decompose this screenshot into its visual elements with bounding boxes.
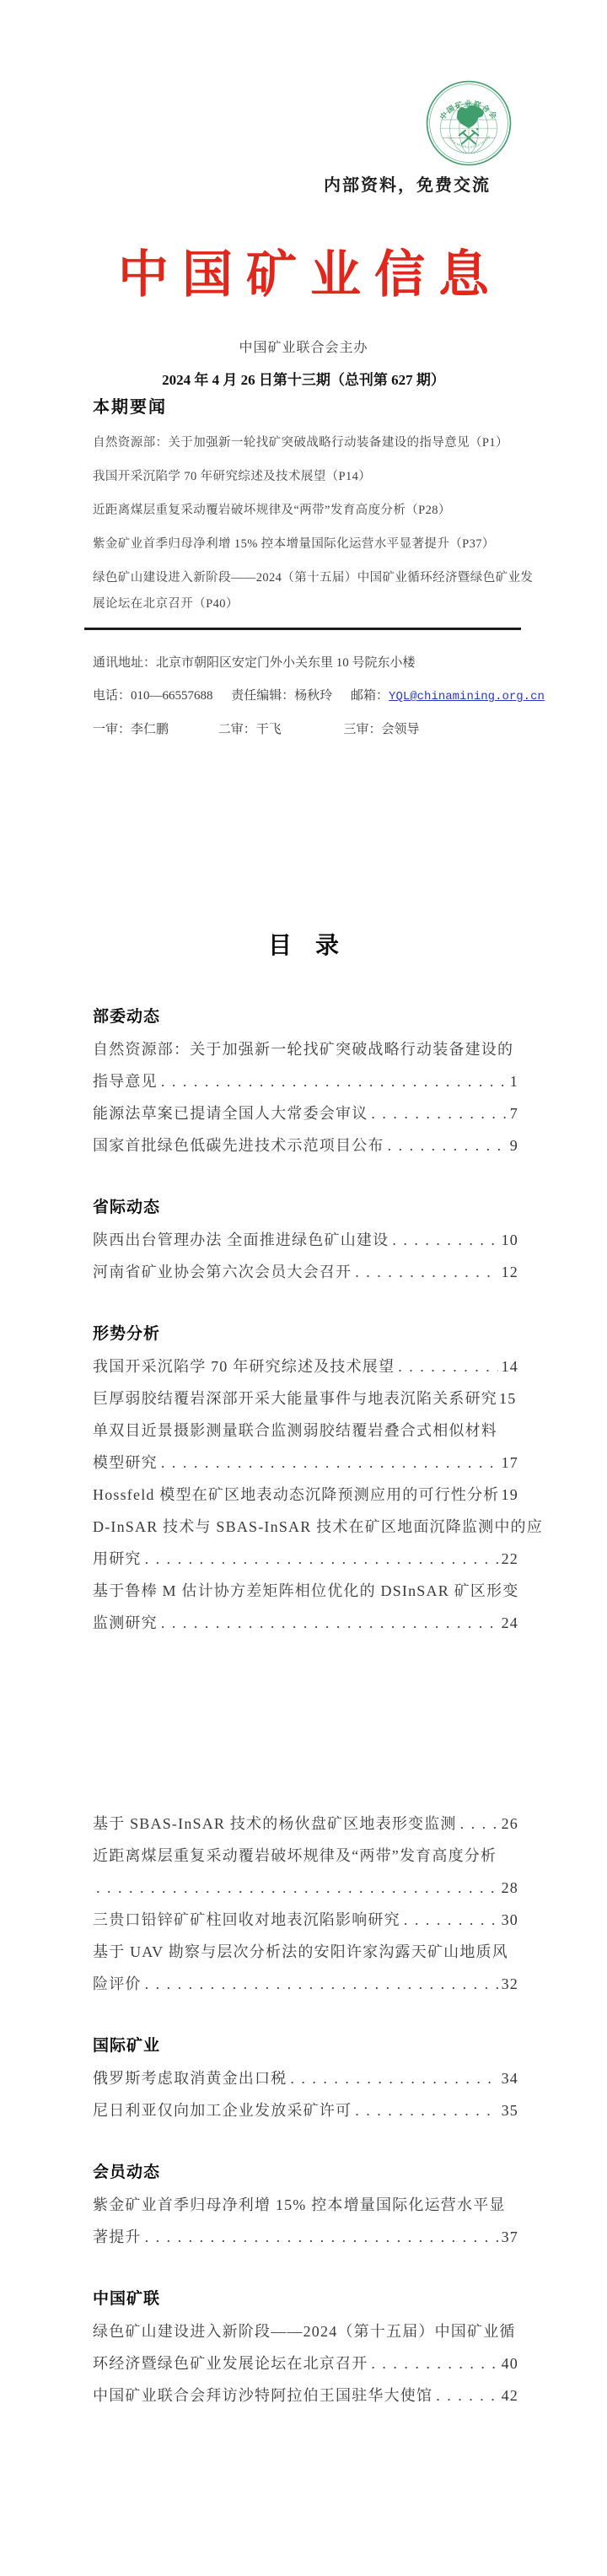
toc-entry-text: 河南省矿业协会第六次会员大会召开 <box>93 1256 352 1288</box>
toc-page-number: 24 <box>502 1607 518 1639</box>
toc-leader-dots <box>404 1904 498 1936</box>
toc-entry: 陕西出台管理办法 全面推进绿色矿山建设10 <box>93 1224 518 1256</box>
toc-entry-text: 中国矿业联合会拜访沙特阿拉伯王国驻华大使馆 <box>93 2379 432 2412</box>
toc-entry-text: 尼日利亚仅向加工企业发放采矿许可 <box>93 2094 352 2126</box>
toc-page-number: 1 <box>510 1065 518 1097</box>
toc-leader-dots <box>96 1872 498 1904</box>
toc-entry: 我国开采沉陷学 70 年研究综述及技术展望14 <box>93 1350 518 1382</box>
contact-email-label: 邮箱： <box>351 689 389 703</box>
highlight-item: 自然资源部：关于加强新一轮找矿突破战略行动装备建设的指导意见（P1） <box>93 430 521 456</box>
toc-page-number: 37 <box>502 2221 518 2253</box>
contact-editor: 责任编辑：杨秋玲 <box>231 689 332 703</box>
toc-entry: 模型研究17 <box>93 1447 518 1479</box>
toc-leader-dots <box>355 1256 497 1288</box>
issue-date-line: 2024 年 4 月 26 日第十三期（总刊第 627 期） <box>0 368 607 389</box>
toc-section-header: 部委动态 <box>93 1001 518 1033</box>
contact-phone: 电话：010—66557688 <box>93 689 213 703</box>
toc-section-header: 形势分析 <box>93 1318 518 1350</box>
contact-email-link[interactable]: YQL@chinamining.org.cn <box>389 690 545 703</box>
highlight-item: 我国开采沉陷学 70 年研究综述及技术展望（P14） <box>93 464 521 490</box>
toc-page-number: 42 <box>502 2379 518 2412</box>
toc-list: 部委动态 自然资源部：关于加强新一轮找矿突破战略行动装备建设的 指导意见1 能源… <box>93 1001 518 2412</box>
toc-entry: 基于 SBAS-InSAR 技术的杨伙盘矿区地表形变监测26 <box>93 1808 518 1840</box>
toc-leader-dots <box>388 1129 507 1161</box>
toc-leader-dots <box>398 1350 497 1382</box>
highlight-item: 近距离煤层重复采动覆岩破坏规律及“两带”发育高度分析（P28） <box>93 498 521 524</box>
toc-entry-text: 紫金矿业首季归母净利增 15% 控本增量国际化运营水平显 <box>93 2189 506 2221</box>
toc-entry: 基于鲁棒 M 估计协方差矩阵相位优化的 DSInSAR 矿区形变 <box>93 1575 518 1607</box>
highlight-item: 绿色矿山建设进入新阶段——2024（第十五届）中国矿业循环经济暨绿色矿业发 展论… <box>93 565 521 617</box>
toc-entry-text: Hossfeld 模型在矿区地表动态沉降预测应用的可行性分析 <box>93 1479 500 1511</box>
toc-entry: 指导意见1 <box>93 1065 518 1097</box>
toc-page-number: 10 <box>502 1224 518 1256</box>
toc-section-header: 中国矿联 <box>93 2283 518 2315</box>
toc-entry-text: 模型研究 <box>93 1447 158 1479</box>
toc-page-number: 12 <box>502 1256 518 1288</box>
toc-entry-text: 单双目近景摄影测量联合监测弱胶结覆岩叠合式相似材料 <box>93 1415 497 1447</box>
toc-entry: 基于 UAV 勘察与层次分析法的安阳许家沟露天矿山地质风 <box>93 1936 518 1968</box>
toc-page-number: 14 <box>502 1350 518 1382</box>
toc-entry-text: 基于鲁棒 M 估计协方差矩阵相位优化的 DSInSAR 矿区形变 <box>93 1575 518 1607</box>
toc-section-header: 国际矿业 <box>93 2030 518 2062</box>
toc-entry: 监测研究24 <box>93 1607 518 1639</box>
toc-section-header: 省际动态 <box>93 1192 518 1224</box>
third-reviewer: 三审：会领导 <box>344 723 420 736</box>
toc-entry-text: 指导意见 <box>93 1065 158 1097</box>
toc-entry: Hossfeld 模型在矿区地表动态沉降预测应用的可行性分析19 <box>93 1479 518 1511</box>
toc-entry-text: 监测研究 <box>93 1607 158 1639</box>
logo-hainan-dot <box>476 128 478 130</box>
toc-entry: 险评价32 <box>93 1968 518 2000</box>
highlights-section: 本期要闻 自然资源部：关于加强新一轮找矿突破战略行动装备建设的指导意见（P1） … <box>93 398 521 625</box>
toc-entry-text: 用研究 <box>93 1543 142 1575</box>
toc-entry: 尼日利亚仅向加工企业发放采矿许可35 <box>93 2094 518 2126</box>
highlight-line: 自然资源部：关于加强新一轮找矿突破战略行动装备建设的指导意见（P1） <box>93 430 521 456</box>
toc-section-header: 会员动态 <box>93 2157 518 2189</box>
toc-leader-dots <box>371 2347 497 2379</box>
toc-page-number: 34 <box>502 2062 518 2094</box>
toc-page-number: 22 <box>502 1543 518 1575</box>
toc-entry: 中国矿业联合会拜访沙特阿拉伯王国驻华大使馆42 <box>93 2379 518 2412</box>
toc-entry: 著提升37 <box>93 2221 518 2253</box>
toc-entry-text: 近距离煤层重复采动覆岩破坏规律及“两带”发育高度分析 <box>93 1840 497 1872</box>
toc-entry: D-InSAR 技术与 SBAS-InSAR 技术在矿区地面沉降监测中的应 <box>93 1511 518 1543</box>
toc-entry-text: 基于 UAV 勘察与层次分析法的安阳许家沟露天矿山地质风 <box>93 1936 508 1968</box>
toc-entry: 河南省矿业协会第六次会员大会召开12 <box>93 1256 518 1288</box>
toc-leader-dots <box>161 1065 507 1097</box>
toc-page-number: 26 <box>502 1808 518 1840</box>
toc-entry-text: 环经济暨绿色矿业发展论坛在北京召开 <box>93 2347 368 2379</box>
toc-leader-dots <box>290 2062 497 2094</box>
toc-entry: 巨厚弱胶结覆岩深部开采大能量事件与地表沉陷关系研究15 <box>93 1382 518 1415</box>
toc-leader-dots <box>392 1224 497 1256</box>
toc-entry: 能源法草案已提请全国人大常委会审议7 <box>93 1097 518 1129</box>
toc-leader-dots <box>436 2379 497 2412</box>
toc-entry-text: 国家首批绿色低碳先进技术示范项目公布 <box>93 1129 384 1161</box>
toc-entry-text: 三贵口铅锌矿矿柱回收对地表沉陷影响研究 <box>93 1904 400 1936</box>
contact-email-wrap: 邮箱：YQL@chinamining.org.cn <box>351 689 545 703</box>
toc-page-number: 40 <box>502 2347 518 2379</box>
toc-title: 目 录 <box>0 931 607 962</box>
toc-entry: 紫金矿业首季归母净利增 15% 控本增量国际化运营水平显 <box>93 2189 518 2221</box>
china-mining-association-logo-icon: 中国矿业联合会 CHINA MINING ASSOCIATION <box>426 80 512 166</box>
toc-entry-text: 绿色矿山建设进入新阶段——2024（第十五届）中国矿业循 <box>93 2315 516 2347</box>
highlight-line: 展论坛在北京召开（P40） <box>93 591 521 617</box>
toc-entry-text: 俄罗斯考虑取消黄金出口税 <box>93 2062 287 2094</box>
toc-entry-text: D-InSAR 技术与 SBAS-InSAR 技术在矿区地面沉降监测中的应 <box>93 1511 543 1543</box>
toc-entry: 自然资源部：关于加强新一轮找矿突破战略行动装备建设的 <box>93 1033 518 1065</box>
toc-entry-text: 巨厚弱胶结覆岩深部开采大能量事件与地表沉陷关系研究 <box>93 1382 497 1415</box>
toc-page-number: 28 <box>502 1872 518 1904</box>
toc-leader-dots <box>145 1543 498 1575</box>
toc-leader-dots <box>161 1607 498 1639</box>
toc-leader-dots <box>145 2221 498 2253</box>
toc-entry: 28 <box>93 1872 518 1904</box>
highlight-item: 紫金矿业首季归母净利增 15% 控本增量国际化运营水平显著提升（P37） <box>93 531 521 558</box>
reviewers-line: 一审：李仁鹏 二审：干飞 三审：会领导 <box>93 721 521 738</box>
toc-entry-text: 自然资源部：关于加强新一轮找矿突破战略行动装备建设的 <box>93 1033 513 1065</box>
toc-page-number: 19 <box>502 1479 518 1511</box>
contact-address: 通讯地址：北京市朝阳区安定门外小关东里 10 号院东小楼 <box>93 655 521 671</box>
first-reviewer: 一审：李仁鹏 <box>93 723 169 736</box>
toc-page-number: 32 <box>502 1968 518 2000</box>
toc-page-number: 30 <box>502 1904 518 1936</box>
header-divider-rule <box>84 628 521 630</box>
newsletter-page: 中国矿业联合会 CHINA MINING ASSOCIATION 内部资料，免费… <box>0 0 607 2576</box>
toc-entry-text: 能源法草案已提请全国人大常委会审议 <box>93 1097 368 1129</box>
highlight-line: 紫金矿业首季归母净利增 15% 控本增量国际化运营水平显著提升（P37） <box>93 531 521 558</box>
second-reviewer: 二审：干飞 <box>218 723 282 736</box>
internal-material-notice: 内部资料，免费交流 <box>324 171 491 196</box>
toc-leader-dots <box>145 1968 498 2000</box>
toc-entry-text: 陕西出台管理办法 全面推进绿色矿山建设 <box>93 1224 389 1256</box>
toc-entry-text: 险评价 <box>93 1968 142 2000</box>
highlight-line: 绿色矿山建设进入新阶段——2024（第十五届）中国矿业循环经济暨绿色矿业发 <box>93 565 521 591</box>
toc-entry: 国家首批绿色低碳先进技术示范项目公布9 <box>93 1129 518 1161</box>
toc-entry: 绿色矿山建设进入新阶段——2024（第十五届）中国矿业循 <box>93 2315 518 2347</box>
toc-leader-dots <box>355 2094 497 2126</box>
highlights-heading: 本期要闻 <box>93 398 521 418</box>
highlight-line: 近距离煤层重复采动覆岩破坏规律及“两带”发育高度分析（P28） <box>93 498 521 524</box>
toc-entry-text: 基于 SBAS-InSAR 技术的杨伙盘矿区地表形变监测 <box>93 1808 457 1840</box>
highlight-line: 我国开采沉陷学 70 年研究综述及技术展望（P14） <box>93 464 521 490</box>
toc-page-number: 35 <box>502 2094 518 2126</box>
contact-phone-editor-line: 电话：010—66557688 责任编辑：杨秋玲 邮箱：YQL@chinamin… <box>93 687 521 705</box>
toc-entry: 环经济暨绿色矿业发展论坛在北京召开40 <box>93 2347 518 2379</box>
toc-leader-dots <box>371 1097 506 1129</box>
toc-page-number: 9 <box>510 1129 518 1161</box>
contact-block: 通讯地址：北京市朝阳区安定门外小关东里 10 号院东小楼 电话：010—6655… <box>93 655 521 754</box>
toc-entry: 用研究22 <box>93 1543 518 1575</box>
toc-page-number: 15 <box>499 1382 516 1415</box>
organizer-line: 中国矿业联合会主办 <box>0 337 607 356</box>
toc-entry-text: 我国开采沉陷学 70 年研究综述及技术展望 <box>93 1350 395 1382</box>
toc-page-number: 17 <box>502 1447 518 1479</box>
toc-entry-text: 著提升 <box>93 2221 142 2253</box>
toc-leader-dots <box>460 1808 498 1840</box>
newsletter-title: 中国矿业信息 <box>0 245 607 305</box>
toc-entry: 俄罗斯考虑取消黄金出口税34 <box>93 2062 518 2094</box>
toc-leader-dots <box>161 1447 498 1479</box>
toc-page-number: 7 <box>510 1097 518 1129</box>
toc-entry: 近距离煤层重复采动覆岩破坏规律及“两带”发育高度分析 <box>93 1840 518 1872</box>
toc-entry: 单双目近景摄影测量联合监测弱胶结覆岩叠合式相似材料 <box>93 1415 518 1447</box>
toc-entry: 三贵口铅锌矿矿柱回收对地表沉陷影响研究30 <box>93 1904 518 1936</box>
